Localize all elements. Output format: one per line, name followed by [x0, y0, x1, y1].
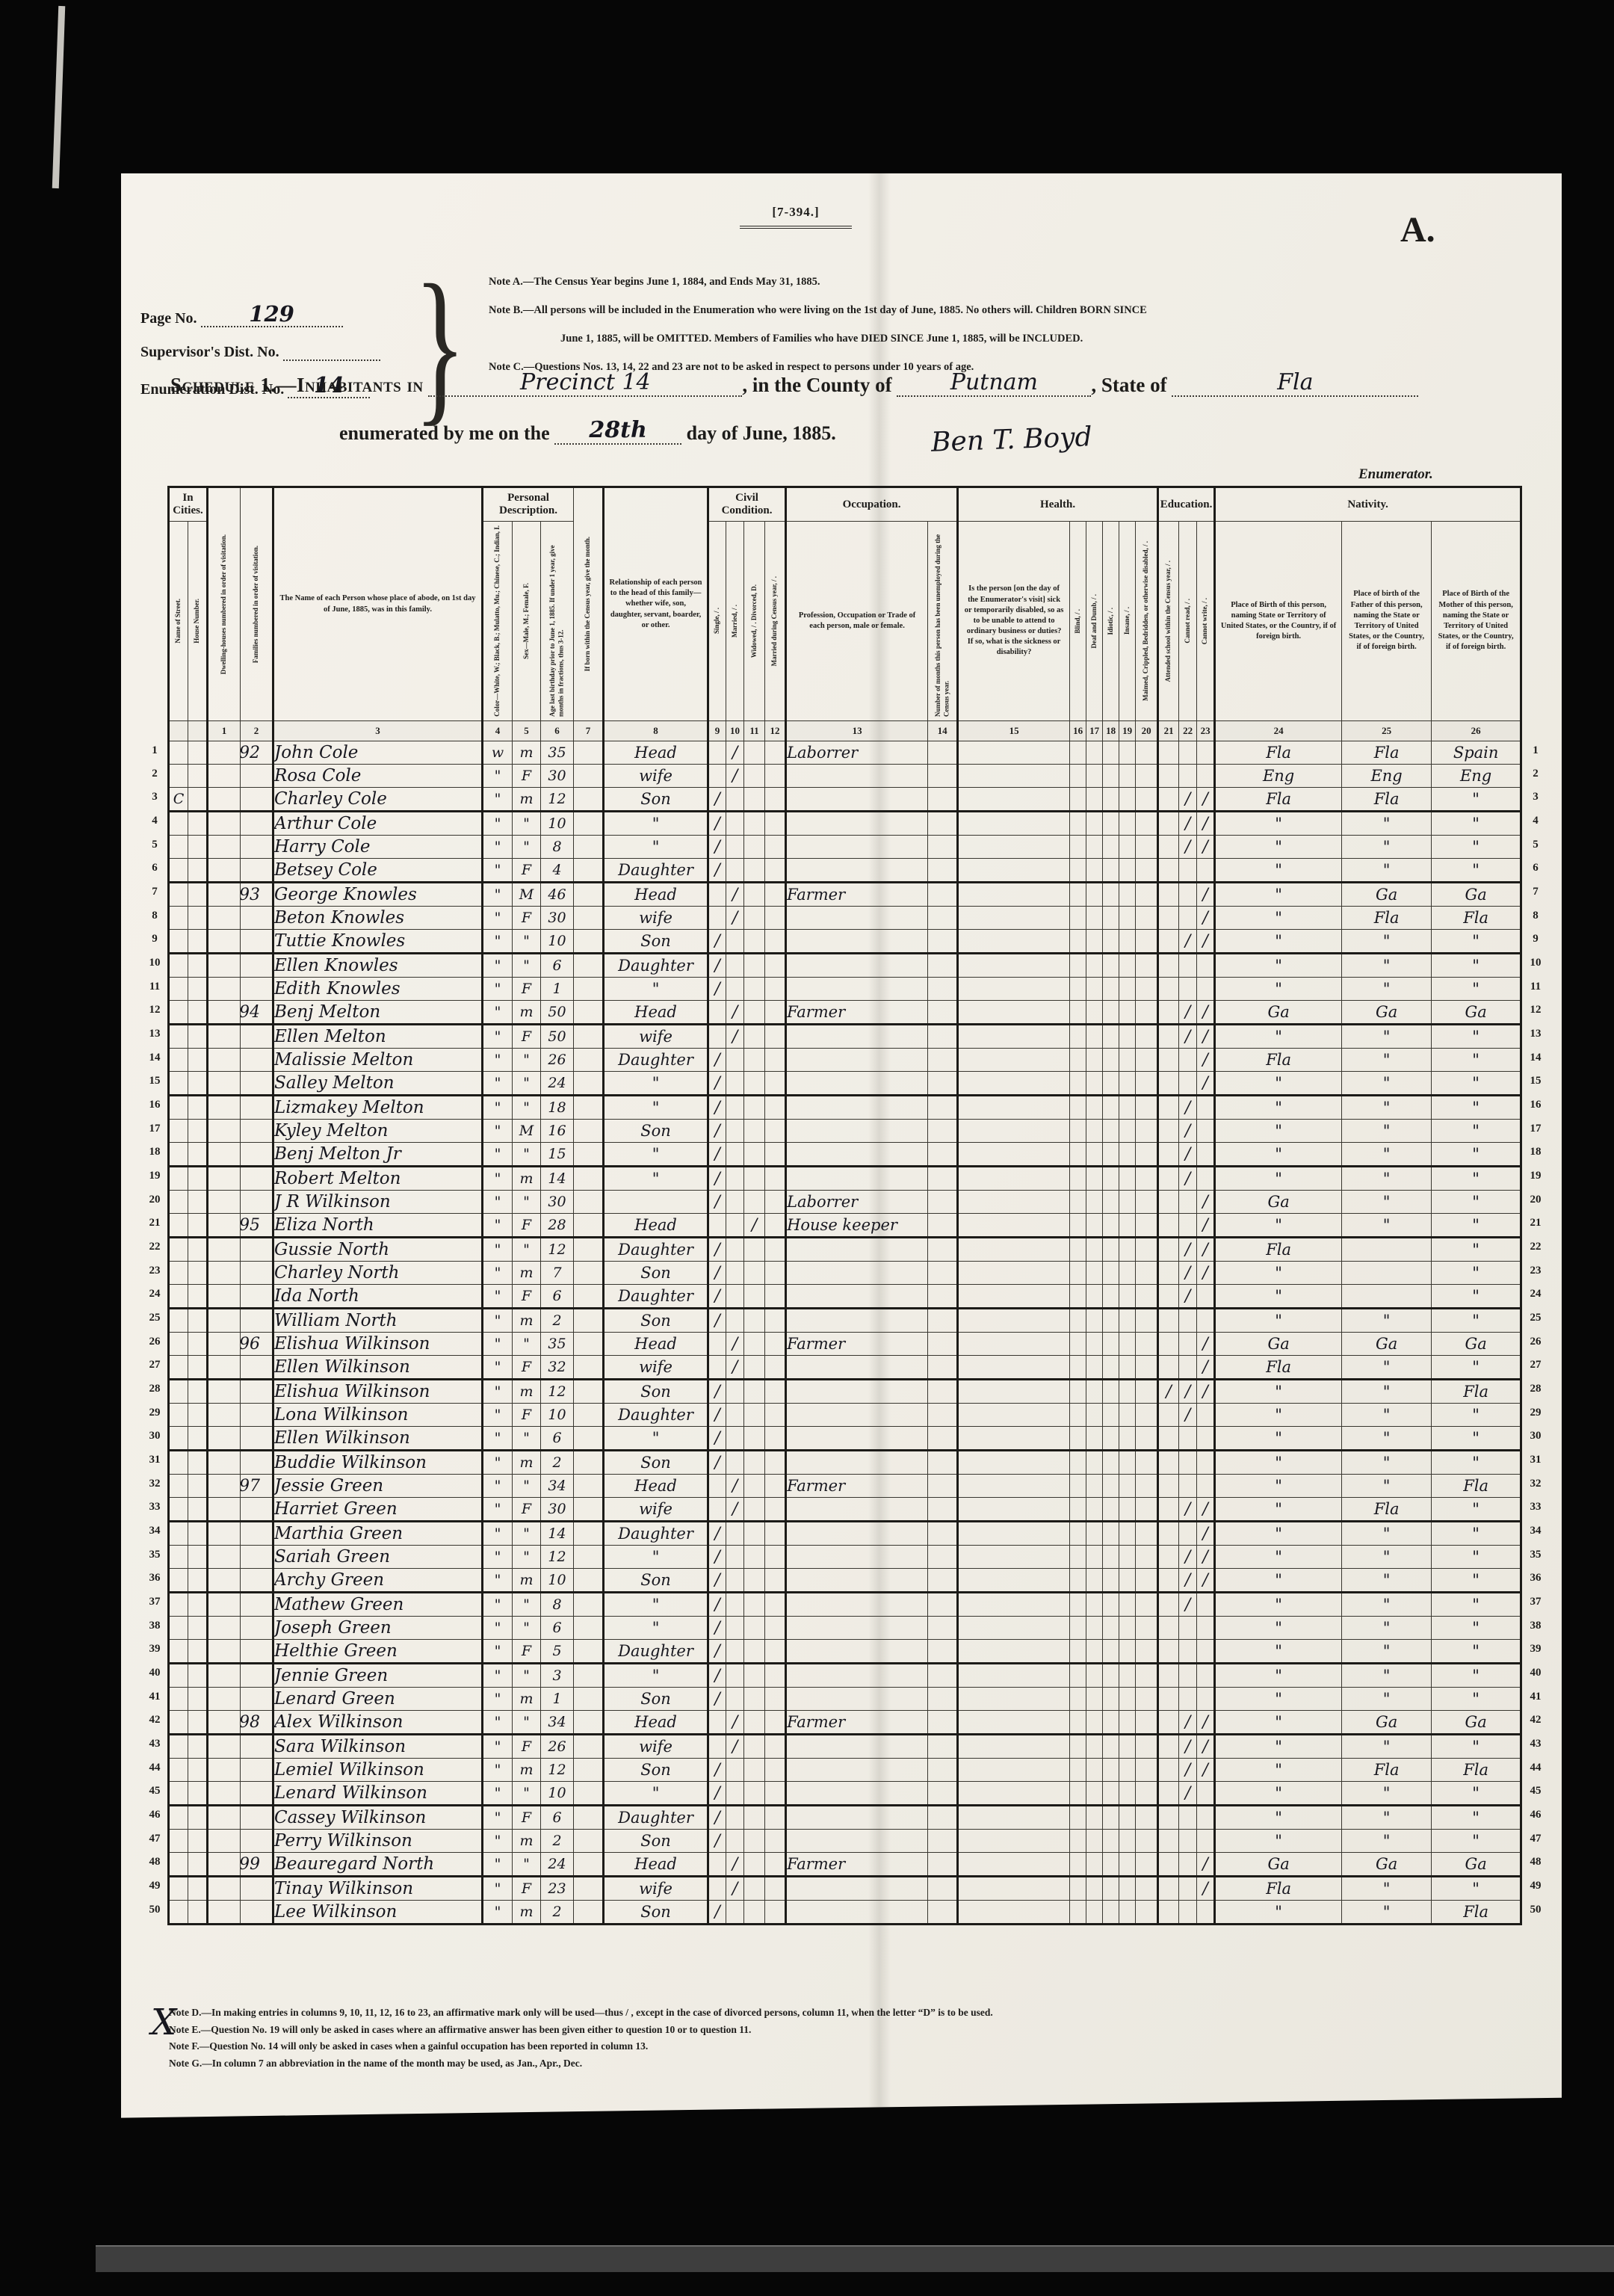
cell-r23-c7 [574, 1262, 604, 1285]
cell-r29-c1 [208, 1404, 241, 1427]
cell-r46-c23 [1197, 1806, 1215, 1830]
cell-r15-c3: Salley Melton [273, 1072, 483, 1096]
cell-r4-cname-of-street [169, 812, 188, 836]
column-number-12: 12 [765, 721, 786, 741]
cell-r26-c12 [765, 1333, 786, 1356]
cell-r36-c5: m [513, 1569, 541, 1593]
cell-r34-c19 [1119, 1522, 1136, 1546]
cell-r44-c14 [928, 1759, 958, 1782]
cell-r15-cname-of-street [169, 1072, 188, 1096]
cell-r3-c12 [765, 788, 786, 812]
cell-r21-c19 [1119, 1214, 1136, 1238]
cell-r44-c13 [786, 1759, 928, 1782]
cell-r4-c22: / [1179, 812, 1197, 836]
row-number-left-6: 6 [145, 862, 164, 874]
cell-r37-cname-of-street [169, 1593, 188, 1617]
cell-r31-c9: / [708, 1451, 726, 1475]
cell-r24-c4: " [483, 1285, 513, 1309]
cell-r25-c10 [726, 1309, 744, 1333]
cell-r43-c1 [208, 1735, 241, 1759]
cell-r45-c14 [928, 1782, 958, 1806]
cell-r8-c21 [1158, 907, 1179, 930]
cell-r18-c20 [1136, 1143, 1158, 1167]
cell-r39-c8: Daughter [604, 1640, 708, 1664]
cell-r36-c20 [1136, 1569, 1158, 1593]
cell-r36-c13 [786, 1569, 928, 1593]
cell-r4-c20 [1136, 812, 1158, 836]
cell-r20-c9: / [708, 1191, 726, 1214]
cell-r46-c8: Daughter [604, 1806, 708, 1830]
row-number-right-35: 35 [1526, 1549, 1545, 1561]
cell-r30-c8: " [604, 1427, 708, 1451]
cell-r17-c23 [1197, 1120, 1215, 1143]
cell-r37-c6: 8 [541, 1593, 574, 1617]
cell-r32-c15 [958, 1475, 1070, 1498]
cell-r11-c14 [928, 978, 958, 1001]
cell-r33-c12 [765, 1498, 786, 1522]
cell-r9-c13 [786, 930, 928, 954]
cell-r32-c18 [1103, 1475, 1119, 1498]
cell-r36-c18 [1103, 1569, 1119, 1593]
row-number-right-28: 28 [1526, 1383, 1545, 1395]
cell-r39-c20 [1136, 1640, 1158, 1664]
notes-top: Note A.—The Census Year begins June 1, 1… [489, 268, 1370, 381]
cell-r48-c22 [1179, 1853, 1197, 1877]
cell-r24-c19 [1119, 1285, 1136, 1309]
column-header-25: Place of birth of the Father of this per… [1342, 522, 1432, 721]
cell-r39-c19 [1119, 1640, 1136, 1664]
cell-r32-c16 [1070, 1475, 1086, 1498]
person-row-7: 1293George Knowles"M46Head/Farmer/"GaGa [169, 883, 1521, 907]
cell-r7-c19 [1119, 883, 1136, 907]
cell-r9-c9: / [708, 930, 726, 954]
cell-r7-c11 [744, 883, 765, 907]
cell-r46-c21 [1158, 1806, 1179, 1830]
column-header-20: Maimed, Crippled, Bedridden, or otherwis… [1136, 522, 1158, 721]
cell-r27-c2 [241, 1356, 273, 1380]
cell-r28-c13 [786, 1380, 928, 1404]
cell-r1-c1 [208, 741, 241, 765]
column-group-in-cities: In Cities. [169, 487, 208, 522]
cell-r24-c16 [1070, 1285, 1086, 1309]
cell-r21-chouse-number [188, 1214, 208, 1238]
cell-r31-c4: " [483, 1451, 513, 1475]
cell-r36-c19 [1119, 1569, 1136, 1593]
cell-r44-c17 [1086, 1759, 1103, 1782]
cell-r8-c4: " [483, 907, 513, 930]
cell-r1-c15 [958, 741, 1070, 765]
cell-r2-c20 [1136, 765, 1158, 788]
precinct-value: Precinct 14 [520, 369, 651, 395]
cell-r16-c25: " [1342, 1096, 1432, 1120]
cell-r25-c4: " [483, 1309, 513, 1333]
cell-r43-c3: Sara Wilkinson [273, 1735, 483, 1759]
cell-r42-c17 [1086, 1711, 1103, 1735]
cell-r46-c10 [726, 1806, 744, 1830]
cell-r5-c9: / [708, 836, 726, 859]
cell-r4-chouse-number [188, 812, 208, 836]
cell-r50-c4: " [483, 1901, 513, 1925]
cell-r24-c11 [744, 1285, 765, 1309]
cell-r33-c25: Fla [1342, 1498, 1432, 1522]
cell-r5-c7 [574, 836, 604, 859]
cell-r13-c10: / [726, 1025, 744, 1049]
cell-r49-c1 [208, 1877, 241, 1901]
cell-r29-c25: " [1342, 1404, 1432, 1427]
cell-r19-c19 [1119, 1167, 1136, 1191]
cell-r16-c6: 18 [541, 1096, 574, 1120]
cell-r27-c4: " [483, 1356, 513, 1380]
cell-r41-c21 [1158, 1688, 1179, 1711]
cell-r41-c26: " [1432, 1688, 1521, 1711]
cell-r44-c7 [574, 1759, 604, 1782]
cell-r39-c5: F [513, 1640, 541, 1664]
cell-r12-c3: Benj Melton [273, 1001, 483, 1025]
cell-r8-c10: / [726, 907, 744, 930]
cell-r21-c7 [574, 1214, 604, 1238]
cell-r39-c21 [1158, 1640, 1179, 1664]
cell-r21-c17 [1086, 1214, 1103, 1238]
person-row-15: Salley Melton""24"//""" [169, 1072, 1521, 1096]
cell-r47-c16 [1070, 1830, 1086, 1853]
cell-r6-c9: / [708, 859, 726, 883]
cell-r31-c2 [241, 1451, 273, 1475]
cell-r21-c8: Head [604, 1214, 708, 1238]
cell-r47-c24: " [1215, 1830, 1342, 1853]
person-row-35: Sariah Green""12"///""" [169, 1546, 1521, 1569]
cell-r19-c6: 14 [541, 1167, 574, 1191]
cell-r35-c12 [765, 1546, 786, 1569]
cell-r17-c13 [786, 1120, 928, 1143]
cell-r19-c13 [786, 1167, 928, 1191]
cell-r26-c15 [958, 1333, 1070, 1356]
cell-r48-c7 [574, 1853, 604, 1877]
cell-r49-c15 [958, 1877, 1070, 1901]
cell-r48-c25: Ga [1342, 1853, 1432, 1877]
cell-r46-c16 [1070, 1806, 1086, 1830]
cell-r48-c15 [958, 1853, 1070, 1877]
cell-r14-c26: " [1432, 1049, 1521, 1072]
cell-r2-c4: " [483, 765, 513, 788]
cell-r47-c8: Son [604, 1830, 708, 1853]
cell-r40-c11 [744, 1664, 765, 1688]
cell-r48-c2: 1299 [241, 1853, 273, 1877]
cell-r43-c2 [241, 1735, 273, 1759]
cell-r5-c6: 8 [541, 836, 574, 859]
cell-r3-c1 [208, 788, 241, 812]
cell-r38-c15 [958, 1617, 1070, 1640]
cell-r4-c24: " [1215, 812, 1342, 836]
cell-r26-c16 [1070, 1333, 1086, 1356]
cell-r47-c21 [1158, 1830, 1179, 1853]
cell-r49-c2 [241, 1877, 273, 1901]
cell-r42-c14 [928, 1711, 958, 1735]
cell-r30-c16 [1070, 1427, 1086, 1451]
cell-r32-c20 [1136, 1475, 1158, 1498]
cell-r11-c5: F [513, 978, 541, 1001]
cell-r42-c10: / [726, 1711, 744, 1735]
cell-r50-c6: 2 [541, 1901, 574, 1925]
row-number-right-23: 23 [1526, 1265, 1545, 1277]
cell-r23-c11 [744, 1262, 765, 1285]
cell-r29-c7 [574, 1404, 604, 1427]
cell-r1-c20 [1136, 741, 1158, 765]
cell-r48-chouse-number [188, 1853, 208, 1877]
cell-r32-c10: / [726, 1475, 744, 1498]
cell-r16-c11 [744, 1096, 765, 1120]
cell-r44-c23: / [1197, 1759, 1215, 1782]
cell-r44-c12 [765, 1759, 786, 1782]
person-row-42: 1298Alex Wilkinson""34Head/Farmer//"GaGa [169, 1711, 1521, 1735]
cell-r39-c4: " [483, 1640, 513, 1664]
cell-r29-c12 [765, 1404, 786, 1427]
cell-r4-c4: " [483, 812, 513, 836]
column-number-9: 9 [708, 721, 726, 741]
cell-r39-chouse-number [188, 1640, 208, 1664]
cell-r5-chouse-number [188, 836, 208, 859]
cell-r9-c12 [765, 930, 786, 954]
cell-r35-c19 [1119, 1546, 1136, 1569]
cell-r1-c21 [1158, 741, 1179, 765]
cell-r13-cname-of-street [169, 1025, 188, 1049]
cell-r28-c25: " [1342, 1380, 1432, 1404]
cell-r29-c14 [928, 1404, 958, 1427]
row-number-left-43: 43 [145, 1738, 164, 1750]
cell-r18-c6: 15 [541, 1143, 574, 1167]
cell-r50-c11 [744, 1901, 765, 1925]
cell-r49-c20 [1136, 1877, 1158, 1901]
cell-r6-c13 [786, 859, 928, 883]
cell-r10-c11 [744, 954, 765, 978]
cell-r10-c3: Ellen Knowles [273, 954, 483, 978]
cell-r50-c18 [1103, 1901, 1119, 1925]
cell-r13-c2 [241, 1025, 273, 1049]
cell-r22-c10 [726, 1238, 744, 1262]
cell-r39-c2 [241, 1640, 273, 1664]
cell-r25-c20 [1136, 1309, 1158, 1333]
cell-r44-cname-of-street [169, 1759, 188, 1782]
cell-r15-c19 [1119, 1072, 1136, 1096]
cell-r23-c16 [1070, 1262, 1086, 1285]
cell-r7-c20 [1136, 883, 1158, 907]
cell-r38-c22 [1179, 1617, 1197, 1640]
cell-r22-c18 [1103, 1238, 1119, 1262]
cell-r32-c22 [1179, 1475, 1197, 1498]
cell-r18-c25: " [1342, 1143, 1432, 1167]
cell-r20-c21 [1158, 1191, 1179, 1214]
row-number-left-46: 46 [145, 1809, 164, 1821]
column-header-22: Cannot read, / . [1179, 522, 1197, 721]
cell-r41-c9: / [708, 1688, 726, 1711]
cell-r6-c16 [1070, 859, 1086, 883]
cell-r32-c13: Farmer [786, 1475, 928, 1498]
cell-r34-c13 [786, 1522, 928, 1546]
cell-r19-c4: " [483, 1167, 513, 1191]
cell-r43-c16 [1070, 1735, 1086, 1759]
cell-r41-c11 [744, 1688, 765, 1711]
cell-r1-c25: Fla [1342, 741, 1432, 765]
cell-r48-c19 [1119, 1853, 1136, 1877]
row-number-right-4: 4 [1526, 815, 1545, 827]
row-number-left-16: 16 [145, 1099, 164, 1111]
cell-r17-c20 [1136, 1120, 1158, 1143]
cell-r7-c1 [208, 883, 241, 907]
cell-r18-c24: " [1215, 1143, 1342, 1167]
cell-r25-c21 [1158, 1309, 1179, 1333]
cell-r29-c24: " [1215, 1404, 1342, 1427]
scan-bottom-shadow [121, 2097, 1562, 2147]
cell-r30-chouse-number [188, 1427, 208, 1451]
cell-r23-c2 [241, 1262, 273, 1285]
cell-r18-c5: " [513, 1143, 541, 1167]
cell-r35-c17 [1086, 1546, 1103, 1569]
cell-r28-cname-of-street [169, 1380, 188, 1404]
cell-r31-c17 [1086, 1451, 1103, 1475]
cell-r35-c15 [958, 1546, 1070, 1569]
cell-r13-c12 [765, 1025, 786, 1049]
cell-r27-c24: Fla [1215, 1356, 1342, 1380]
cell-r40-c18 [1103, 1664, 1119, 1688]
cell-r21-c21 [1158, 1214, 1179, 1238]
cell-r11-c1 [208, 978, 241, 1001]
cell-r24-c8: Daughter [604, 1285, 708, 1309]
cell-r3-c22: / [1179, 788, 1197, 812]
cell-r38-c11 [744, 1617, 765, 1640]
cell-r12-c21 [1158, 1001, 1179, 1025]
cell-r26-c4: " [483, 1333, 513, 1356]
cell-r12-c9 [708, 1001, 726, 1025]
cell-r34-c9: / [708, 1522, 726, 1546]
cell-r29-c11 [744, 1404, 765, 1427]
cell-r27-c7 [574, 1356, 604, 1380]
person-row-11: Edith Knowles"F1"/""" [169, 978, 1521, 1001]
cell-r9-c15 [958, 930, 1070, 954]
cell-r14-c16 [1070, 1049, 1086, 1072]
cell-r17-c8: Son [604, 1120, 708, 1143]
cell-r17-c12 [765, 1120, 786, 1143]
cell-r20-c3: J R Wilkinson [273, 1191, 483, 1214]
cell-r50-c15 [958, 1901, 1070, 1925]
row-number-left-1: 1 [145, 744, 164, 757]
cell-r5-c19 [1119, 836, 1136, 859]
cell-r8-c7 [574, 907, 604, 930]
cell-r12-c23: / [1197, 1001, 1215, 1025]
cell-r1-c11 [744, 741, 765, 765]
cell-r7-c7 [574, 883, 604, 907]
cell-r23-c6: 7 [541, 1262, 574, 1285]
cell-r23-c13 [786, 1262, 928, 1285]
cell-r31-c8: Son [604, 1451, 708, 1475]
cell-r17-c14 [928, 1120, 958, 1143]
cell-r31-c23 [1197, 1451, 1215, 1475]
cell-r45-cname-of-street [169, 1782, 188, 1806]
cell-r16-c22: / [1179, 1096, 1197, 1120]
cell-r23-c25 [1342, 1262, 1432, 1285]
cell-r17-c7 [574, 1120, 604, 1143]
cell-r28-c2 [241, 1380, 273, 1404]
cell-r10-c18 [1103, 954, 1119, 978]
cell-r13-c11 [744, 1025, 765, 1049]
column-number-18: 18 [1103, 721, 1119, 741]
cell-r25-c12 [765, 1309, 786, 1333]
cell-r22-c7 [574, 1238, 604, 1262]
row-number-left-19: 19 [145, 1170, 164, 1182]
cell-r8-c9 [708, 907, 726, 930]
cell-r40-c4: " [483, 1664, 513, 1688]
cell-r44-c16 [1070, 1759, 1086, 1782]
cell-r45-c15 [958, 1782, 1070, 1806]
person-row-3: CCharley Cole"m12Son///FlaFla" [169, 788, 1521, 812]
note-f: Note F.—Question No. 14 will only be ask… [169, 2038, 1514, 2055]
cell-r16-c8: " [604, 1096, 708, 1120]
cell-r28-c15 [958, 1380, 1070, 1404]
row-number-right-44: 44 [1526, 1762, 1545, 1774]
person-row-44: Lemiel Wilkinson"m12Son///"FlaFla [169, 1759, 1521, 1782]
cell-r6-c7 [574, 859, 604, 883]
cell-r3-c7 [574, 788, 604, 812]
cell-r13-c6: 50 [541, 1025, 574, 1049]
cell-r9-cname-of-street [169, 930, 188, 954]
cell-r30-c19 [1119, 1427, 1136, 1451]
row-number-right-30: 30 [1526, 1430, 1545, 1442]
cell-r13-c25: " [1342, 1025, 1432, 1049]
cell-r26-c19 [1119, 1333, 1136, 1356]
cell-r9-c19 [1119, 930, 1136, 954]
cell-r44-c21 [1158, 1759, 1179, 1782]
cell-r29-c17 [1086, 1404, 1103, 1427]
cell-r22-c5: " [513, 1238, 541, 1262]
cell-r16-c7 [574, 1096, 604, 1120]
cell-r8-c24: " [1215, 907, 1342, 930]
cell-r44-c11 [744, 1759, 765, 1782]
cell-r50-c7 [574, 1901, 604, 1925]
cell-r43-c25: " [1342, 1735, 1432, 1759]
cell-r26-c2: 1296 [241, 1333, 273, 1356]
cell-r47-c9: / [708, 1830, 726, 1853]
cell-r9-c26: " [1432, 930, 1521, 954]
cell-r12-c25: Ga [1342, 1001, 1432, 1025]
cell-r15-c10 [726, 1072, 744, 1096]
cell-r12-chouse-number [188, 1001, 208, 1025]
cell-r48-c16 [1070, 1853, 1086, 1877]
cell-r25-c8: Son [604, 1309, 708, 1333]
note-b-line2: June 1, 1885, will be OMITTED. Members o… [489, 324, 1370, 353]
cell-r19-c15 [958, 1167, 1070, 1191]
row-number-left-44: 44 [145, 1762, 164, 1774]
cell-r29-c20 [1136, 1404, 1158, 1427]
cell-r46-c1 [208, 1806, 241, 1830]
cell-r14-c25: " [1342, 1049, 1432, 1072]
cell-r29-c8: Daughter [604, 1404, 708, 1427]
row-number-left-22: 22 [145, 1241, 164, 1253]
cell-r15-c24: " [1215, 1072, 1342, 1096]
cell-r41-c22 [1179, 1688, 1197, 1711]
cell-r23-c15 [958, 1262, 1070, 1285]
cell-r16-c26: " [1432, 1096, 1521, 1120]
cell-r15-c11 [744, 1072, 765, 1096]
cell-r3-c16 [1070, 788, 1086, 812]
person-row-2: Rosa Cole"F30wife/EngEngEng [169, 765, 1521, 788]
cell-r5-c13 [786, 836, 928, 859]
column-number-19: 19 [1119, 721, 1136, 741]
note-d: Note D.—In making entries in columns 9, … [169, 2005, 1514, 2022]
cell-r19-c3: Robert Melton [273, 1167, 483, 1191]
cell-r5-c22: / [1179, 836, 1197, 859]
cell-r29-c19 [1119, 1404, 1136, 1427]
cell-r38-c8: " [604, 1617, 708, 1640]
column-header-name-of-street: Name of Street. [169, 522, 188, 721]
cell-r23-c12 [765, 1262, 786, 1285]
